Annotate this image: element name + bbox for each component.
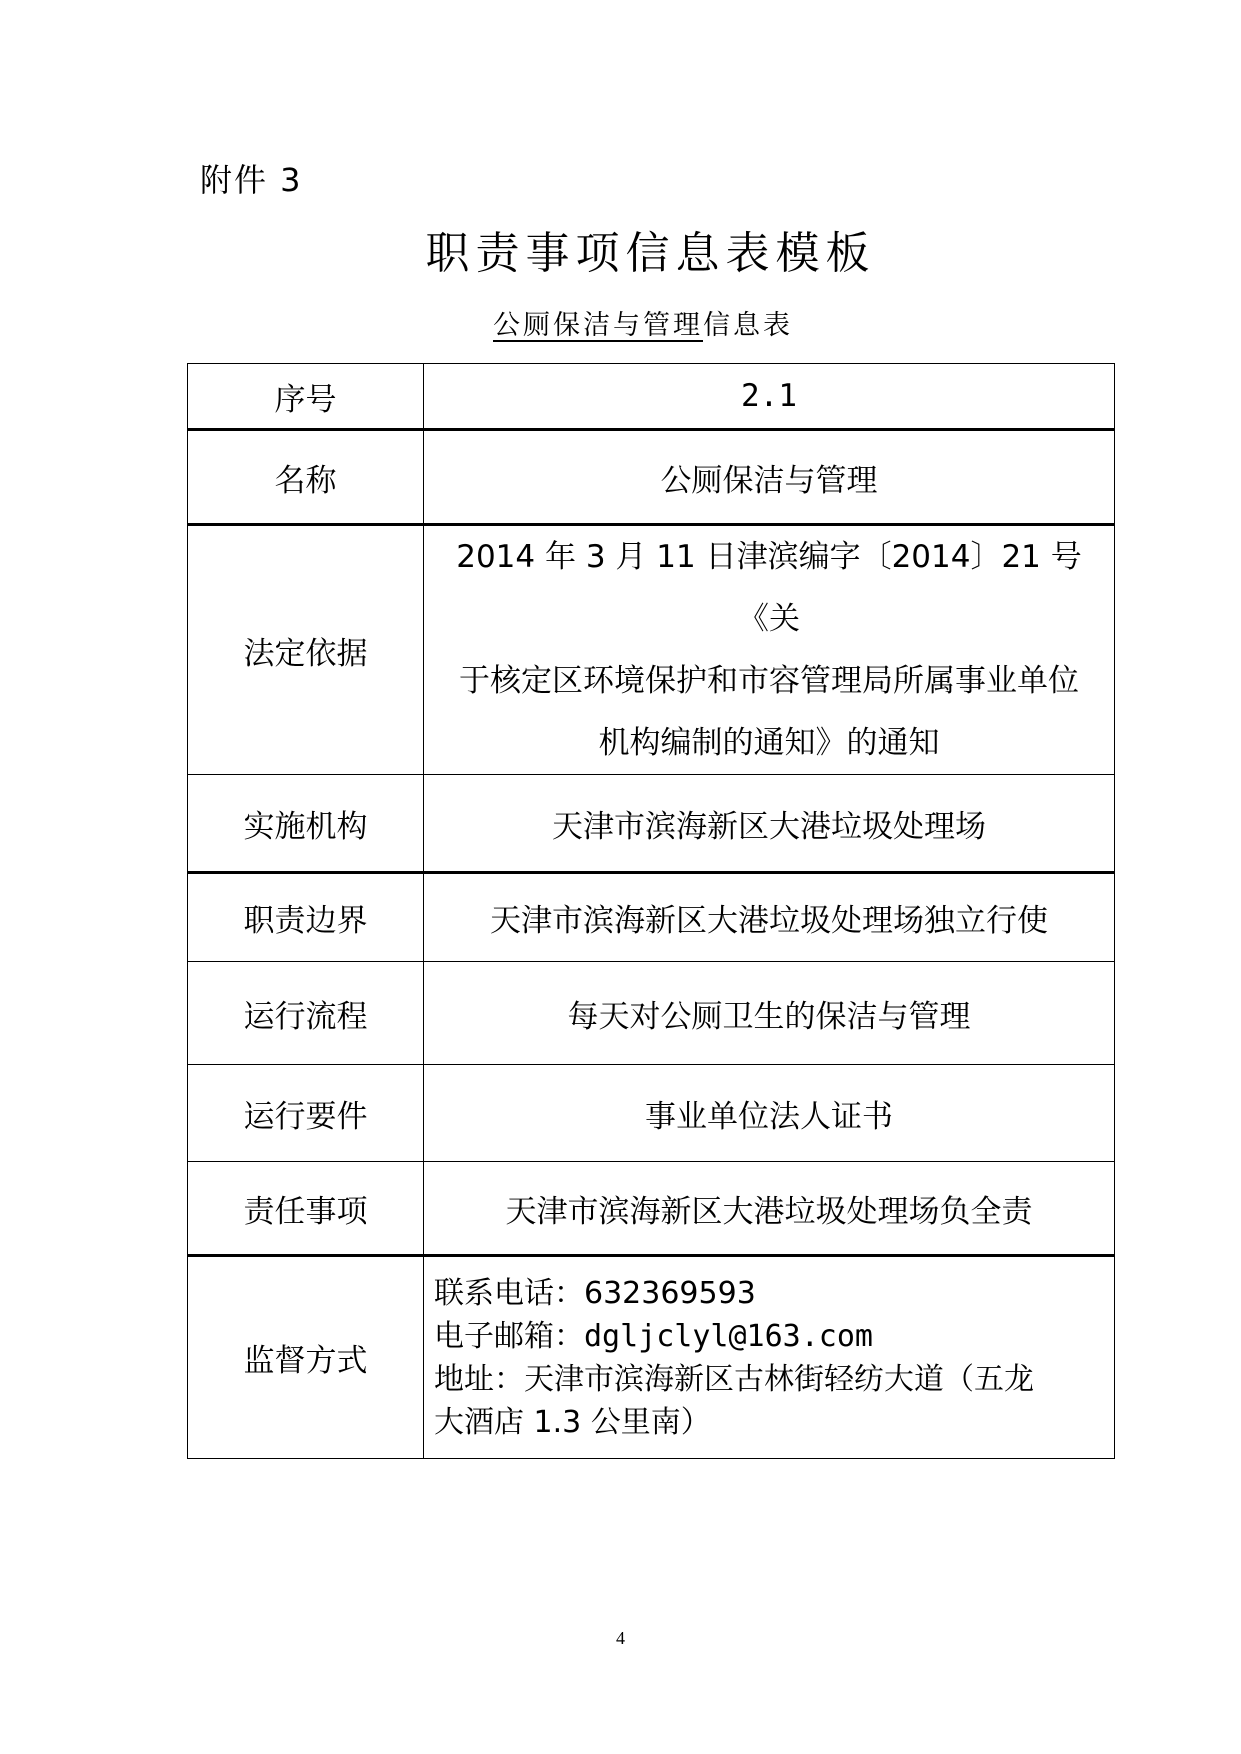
row-label: 名称 xyxy=(188,430,424,525)
row-value: 天津市滨海新区大港垃圾处理场 xyxy=(424,775,1115,873)
contact-address: 地址：天津市滨海新区古林街轻纺大道（五龙 xyxy=(434,1358,1104,1401)
page-number: 4 xyxy=(0,1628,1241,1649)
table-row-requirements: 运行要件 事业单位法人证书 xyxy=(188,1065,1115,1162)
row-label: 职责边界 xyxy=(188,873,424,962)
row-label: 序号 xyxy=(188,364,424,430)
row-value: 每天对公厕卫生的保洁与管理 xyxy=(424,962,1115,1065)
table-row-serial: 序号 2.1 xyxy=(188,364,1115,430)
table-row-supervision: 监督方式 联系电话：632369593 电子邮箱：dgljclyl@163.co… xyxy=(188,1256,1115,1459)
row-label: 运行要件 xyxy=(188,1065,424,1162)
row-value: 事业单位法人证书 xyxy=(424,1065,1115,1162)
supervision-contact: 联系电话：632369593 电子邮箱：dgljclyl@163.com 地址：… xyxy=(424,1256,1115,1459)
legal-basis-line: 机构编制的通知》的通知 xyxy=(434,712,1104,774)
legal-basis-line: 于核定区环境保护和市容管理局所属事业单位 xyxy=(434,650,1104,712)
row-value: 2.1 xyxy=(424,364,1115,430)
contact-email: 电子邮箱：dgljclyl@163.com xyxy=(434,1315,1104,1358)
legal-basis-line: 2014 年 3 月 11 日津滨编字〔2014〕21 号《关 xyxy=(434,526,1104,650)
attachment-label: 附件 3 xyxy=(200,160,303,200)
subtitle-underlined-part: 公厕保洁与管理 xyxy=(493,310,703,341)
duty-info-table: 序号 2.1 名称 公厕保洁与管理 法定依据 2014 年 3 月 11 日津滨… xyxy=(187,363,1115,1459)
subtitle-rest: 信息表 xyxy=(703,310,793,341)
table-subtitle: 公厕保洁与管理信息表 xyxy=(0,306,1241,346)
phone-number: 632369593 xyxy=(584,1276,756,1311)
table-row-duty-boundary: 职责边界 天津市滨海新区大港垃圾处理场独立行使 xyxy=(188,873,1115,962)
row-value: 天津市滨海新区大港垃圾处理场独立行使 xyxy=(424,873,1115,962)
table-row-responsibility: 责任事项 天津市滨海新区大港垃圾处理场负全责 xyxy=(188,1162,1115,1256)
contact-phone: 联系电话：632369593 xyxy=(434,1272,1104,1315)
table-row-legal-basis: 法定依据 2014 年 3 月 11 日津滨编字〔2014〕21 号《关 于核定… xyxy=(188,525,1115,775)
row-label: 运行流程 xyxy=(188,962,424,1065)
row-label: 实施机构 xyxy=(188,775,424,873)
contact-address-cont: 大酒店 1.3 公里南） xyxy=(434,1401,1104,1444)
row-value: 2014 年 3 月 11 日津滨编字〔2014〕21 号《关 于核定区环境保护… xyxy=(424,525,1115,775)
table-row-name: 名称 公厕保洁与管理 xyxy=(188,430,1115,525)
row-label: 法定依据 xyxy=(188,525,424,775)
table-row-implementing-agency: 实施机构 天津市滨海新区大港垃圾处理场 xyxy=(188,775,1115,873)
table-row-process: 运行流程 每天对公厕卫生的保洁与管理 xyxy=(188,962,1115,1065)
row-label: 责任事项 xyxy=(188,1162,424,1256)
row-value: 公厕保洁与管理 xyxy=(424,430,1115,525)
document-title: 职责事项信息表模板 xyxy=(0,228,1241,280)
row-value: 天津市滨海新区大港垃圾处理场负全责 xyxy=(424,1162,1115,1256)
email-address: dgljclyl@163.com xyxy=(584,1319,873,1354)
row-label: 监督方式 xyxy=(188,1256,424,1459)
